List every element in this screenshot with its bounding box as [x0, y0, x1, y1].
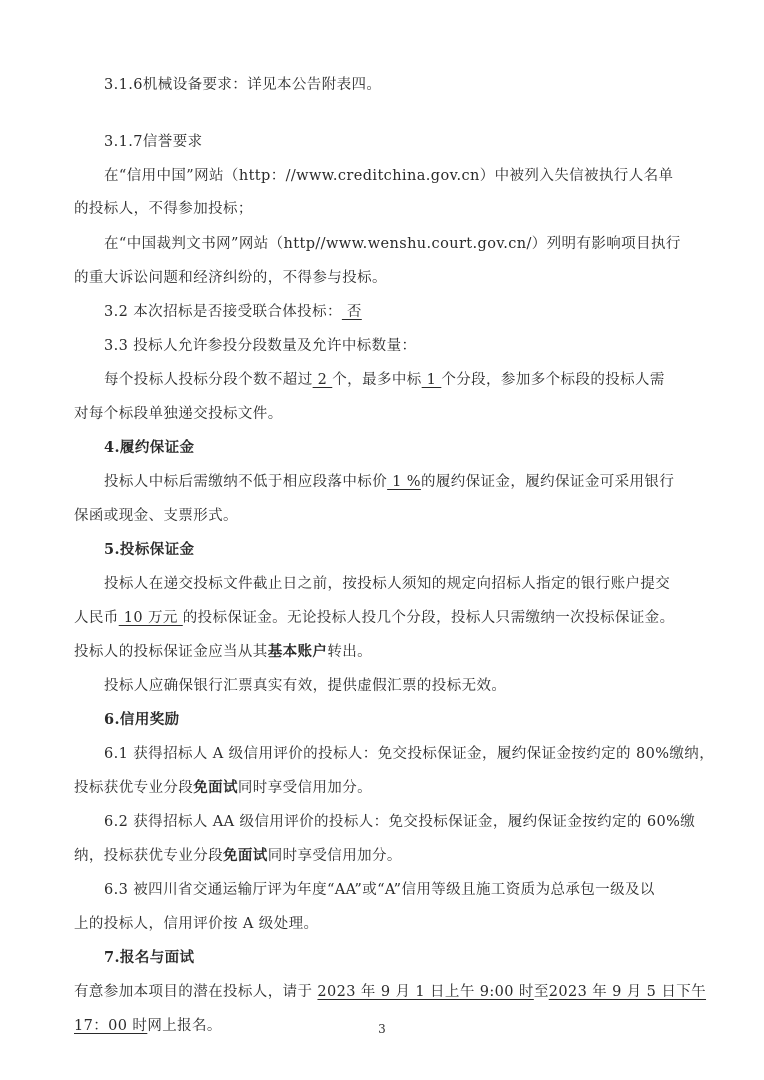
section-heading: 5.投标保证金 [104, 540, 694, 560]
text-line: 投标人应确保银行汇票真实有效，提供虚假汇票的投标无效。 [104, 676, 694, 696]
text-segment: 投标人中标后需缴纳不低于相应段落中标价 [104, 474, 387, 490]
page-number: 3 [0, 1022, 764, 1036]
text-segment: 7.报名与面试 [104, 949, 194, 966]
text-line: 投标人的投标保证金应当从其基本账户转出。 [74, 642, 694, 662]
text-segment: 4.履约保证金 [104, 439, 194, 456]
text-segment: 投标获优专业分段 [74, 780, 193, 796]
text-segment: 个，最多中标 [332, 372, 421, 388]
text-segment: 至 [534, 984, 549, 1000]
text-segment: 的投标保证金。无论投标人投几个分段，投标人只需缴纳一次投标保证金。 [183, 610, 675, 626]
text-segment: 纳，投标获优专业分段 [74, 848, 223, 864]
text-line: 3.1.7信誉要求 [104, 132, 694, 152]
text-line: 6.2 获得招标人 AA 级信用评价的投标人：免交投标保证金，履约保证金按约定的… [104, 812, 694, 832]
text-line: 6.3 被四川省交通运输厅评为年度“AA”或“A”信用等级且施工资质为总承包一级… [104, 880, 694, 900]
emphasis-text: 免面试 [223, 847, 268, 864]
text-line: 对每个标段单独递交投标文件。 [74, 404, 694, 424]
document-page: 3.1.6机械设备要求：详见本公告附表四。3.1.7信誉要求在“信用中国”网站（… [0, 0, 764, 1080]
text-line: 人民币 10 万元 的投标保证金。无论投标人投几个分段，投标人只需缴纳一次投标保… [74, 608, 694, 628]
text-line: 投标人在递交投标文件截止日之前，按投标人须知的规定向招标人指定的银行账户提交 [104, 574, 694, 594]
text-segment: 5.投标保证金 [104, 541, 194, 558]
text-segment: 人民币 [74, 610, 119, 626]
text-line: 3.3 投标人允许参投分段数量及允许中标数量： [104, 336, 694, 356]
section-heading: 6.信用奖励 [104, 710, 694, 730]
text-segment: 同时享受信用加分。 [238, 780, 372, 796]
text-line: 每个投标人投标分段个数不超过 2 个，最多中标 1 个分段，参加多个标段的投标人… [104, 370, 694, 390]
text-segment: 在“信用中国”网站（http：//www.creditchina.gov.cn）… [104, 168, 673, 184]
text-line: 6.1 获得招标人 A 级信用评价的投标人：免交投标保证金，履约保证金按约定的 … [104, 744, 694, 764]
text-segment: 有意参加本项目的潜在投标人，请于 [74, 984, 317, 1000]
filled-value: 2023 年 9 月 1 日上午 9:00 时 [317, 984, 533, 1000]
text-line: 投标人中标后需缴纳不低于相应段落中标价 1 %的履约保证金，履约保证金可采用银行 [104, 472, 694, 492]
text-segment: 的履约保证金，履约保证金可采用银行 [421, 474, 674, 490]
text-line: 在“信用中国”网站（http：//www.creditchina.gov.cn）… [104, 166, 694, 186]
text-segment: 的重大诉讼问题和经济纠纷的，不得参与投标。 [74, 270, 387, 286]
text-segment: 同时享受信用加分。 [268, 848, 402, 864]
filled-value: 2023 年 9 月 5 日下午 [549, 984, 706, 1000]
text-segment: 6.1 获得招标人 A 级信用评价的投标人：免交投标保证金，履约保证金按约定的 … [104, 746, 714, 762]
text-line: 保函或现金、支票形式。 [74, 506, 694, 526]
text-segment: 投标人的投标保证金应当从其 [74, 644, 268, 660]
text-segment: 6.3 被四川省交通运输厅评为年度“AA”或“A”信用等级且施工资质为总承包一级… [104, 882, 655, 898]
filled-value: 1 [422, 372, 442, 388]
text-line: 的重大诉讼问题和经济纠纷的，不得参与投标。 [74, 268, 694, 288]
text-line: 的投标人，不得参加投标； [74, 199, 694, 219]
filled-value: 否 [342, 304, 362, 320]
text-line: 投标获优专业分段免面试同时享受信用加分。 [74, 778, 694, 798]
text-segment: 保函或现金、支票形式。 [74, 508, 238, 524]
text-segment: 转出。 [327, 644, 372, 660]
section-heading: 4.履约保证金 [104, 438, 694, 458]
filled-value: 2 [313, 372, 333, 388]
text-line: 3.2 本次招标是否接受联合体投标： 否 [104, 302, 694, 322]
text-line: 3.1.6机械设备要求：详见本公告附表四。 [104, 75, 694, 95]
text-line: 上的投标人，信用评价按 A 级处理。 [74, 914, 694, 934]
filled-value: 1 % [387, 474, 421, 490]
filled-value: 10 万元 [119, 610, 183, 626]
text-segment: 投标人应确保银行汇票真实有效，提供虚假汇票的投标无效。 [104, 678, 506, 694]
section-heading: 7.报名与面试 [104, 948, 694, 968]
text-segment: 上的投标人，信用评价按 A 级处理。 [74, 916, 318, 932]
text-line: 纳，投标获优专业分段免面试同时享受信用加分。 [74, 846, 694, 866]
text-segment: 3.3 投标人允许参投分段数量及允许中标数量： [104, 338, 416, 354]
text-segment: 每个投标人投标分段个数不超过 [104, 372, 313, 388]
text-segment: 3.1.7信誉要求 [104, 134, 203, 150]
text-segment: 3.1.6机械设备要求：详见本公告附表四。 [104, 77, 381, 93]
text-segment: 个分段，参加多个标段的投标人需 [441, 372, 665, 388]
text-line: 在“中国裁判文书网”网站（http//www.wenshu.court.gov.… [104, 234, 694, 254]
text-segment: 3.2 本次招标是否接受联合体投标： [104, 304, 342, 320]
text-segment: 6.信用奖励 [104, 711, 180, 728]
text-segment: 的投标人，不得参加投标； [74, 201, 253, 217]
text-line: 有意参加本项目的潜在投标人，请于 2023 年 9 月 1 日上午 9:00 时… [74, 982, 694, 1002]
text-segment: 在“中国裁判文书网”网站（http//www.wenshu.court.gov.… [104, 236, 681, 252]
text-segment: 对每个标段单独递交投标文件。 [74, 406, 283, 422]
text-segment: 6.2 获得招标人 AA 级信用评价的投标人：免交投标保证金，履约保证金按约定的… [104, 814, 695, 830]
emphasis-text: 免面试 [193, 779, 238, 796]
text-segment: 投标人在递交投标文件截止日之前，按投标人须知的规定向招标人指定的银行账户提交 [104, 576, 670, 592]
emphasis-text: 基本账户 [268, 643, 328, 660]
